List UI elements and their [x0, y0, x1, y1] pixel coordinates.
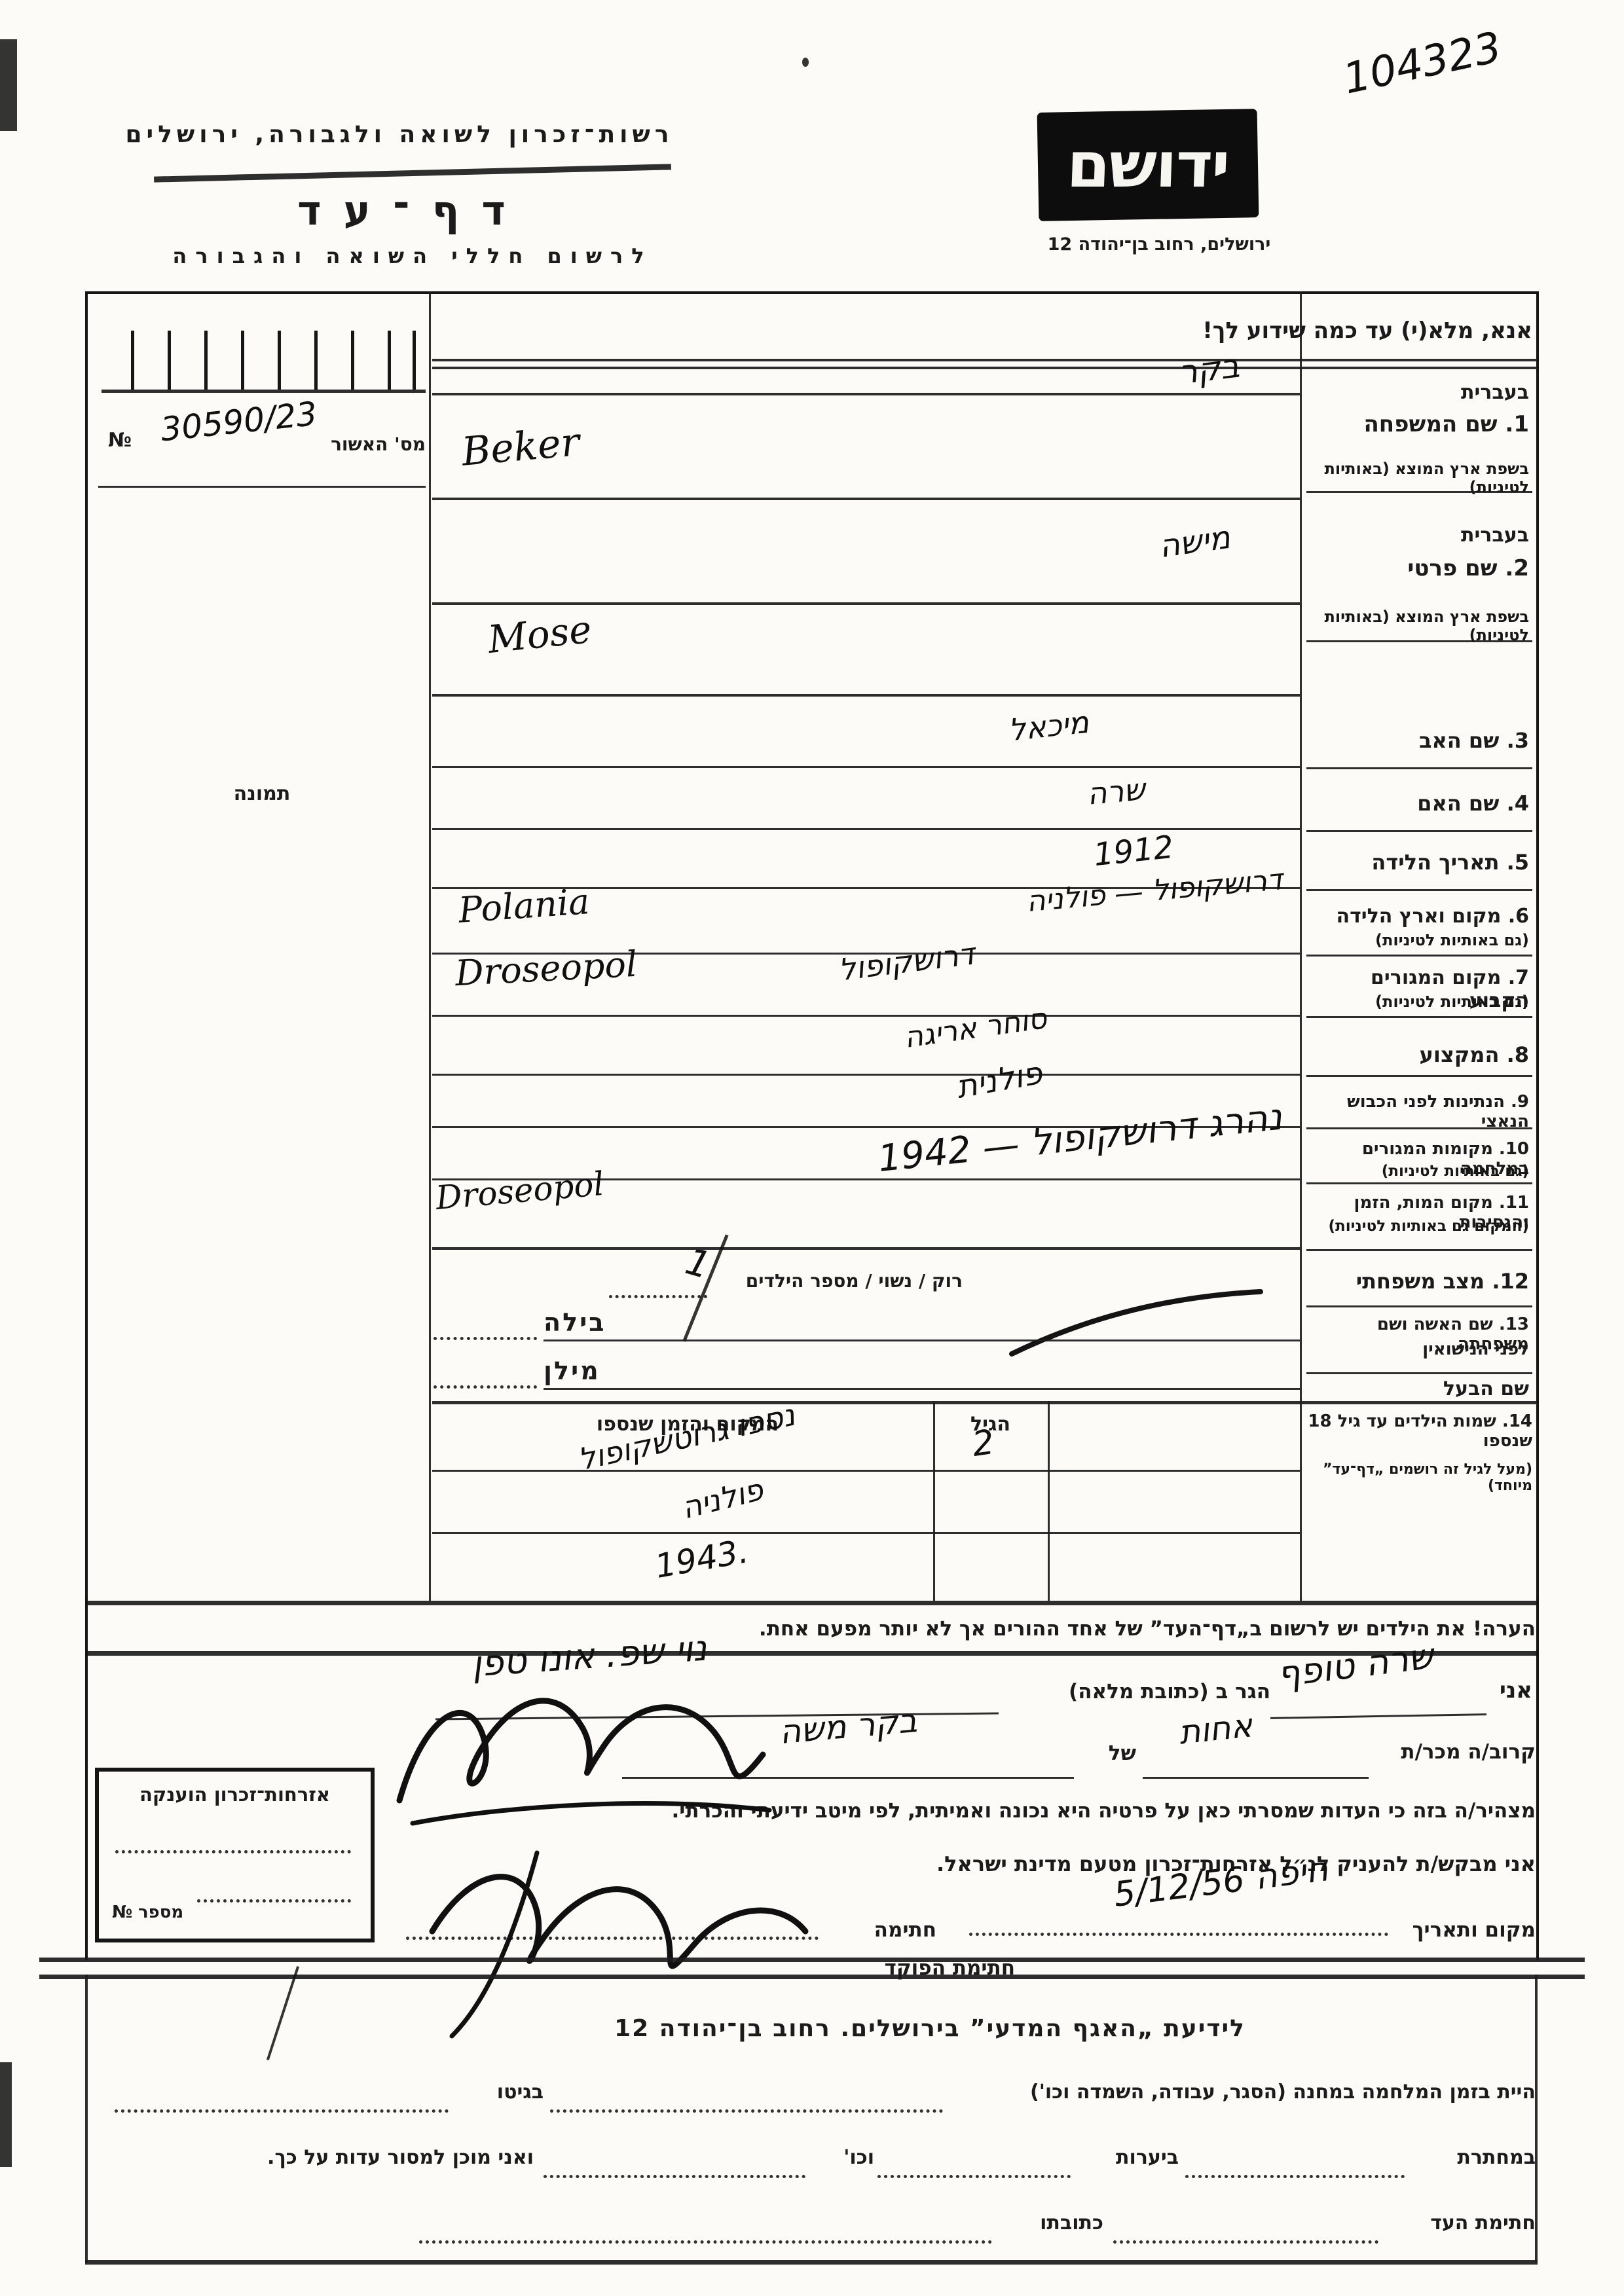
label-line: [1306, 955, 1532, 957]
field-note-6: (גם באותיות לטיניות): [1306, 931, 1529, 949]
field-label-8: 8. המקצוע: [1306, 1042, 1529, 1067]
scientific-division-title: לידיעת „האגף המדעי” בירושלים. רחוב בן־יה…: [419, 2015, 1441, 2042]
field-label-14: 14. שמות הילדים עד גיל 18 שנספו: [1306, 1412, 1532, 1451]
authority-name: רשות־זכרון לשואה ולגבורה, ירושלים: [118, 121, 681, 148]
children-table-col-line-1: [933, 1401, 935, 1601]
label-line: [1306, 1372, 1532, 1374]
stray-pen-stroke: [267, 1966, 299, 2060]
answer-line-family-latin: [432, 498, 1300, 500]
answer-wife-name: בילה: [544, 1308, 606, 1337]
fill-in-prompt: אנא, מלא(י) עד כמה שידוע לך!: [1087, 318, 1532, 344]
label-line: [1306, 1305, 1532, 1307]
field-label-2: 2. שם פרטי: [1306, 555, 1529, 581]
prompt-divider-1: [432, 359, 1538, 361]
field-label-4: 4. שם האם: [1306, 791, 1529, 816]
witness-signature-dotted: [1113, 2240, 1378, 2244]
office-address: ירושלים, רחוב בן־יהודה 12: [1022, 234, 1297, 255]
answer-family-hebrew: בקר: [1177, 347, 1242, 392]
children-table-col-line-2: [1048, 1401, 1050, 1601]
submitter-signature: [386, 1650, 779, 1840]
children-note: הערה! את הילדים יש לרשום ב„דף־העד” של אח…: [262, 1617, 1536, 1641]
scan-edge-artifact: [0, 39, 17, 131]
numero-symbol: №: [108, 429, 132, 452]
resides-label: הגר ב (כתובת מלאה): [1008, 1680, 1270, 1704]
label-line: [1306, 1249, 1532, 1251]
form-subtitle: לרשום חללי השואה והגבורה: [164, 244, 661, 268]
husband-line: [544, 1388, 1300, 1390]
note-top-rule: [88, 1601, 1536, 1605]
answer-mother-name: שרה: [1086, 771, 1147, 812]
field-label-6: 6. מקום וארץ הלידה: [1306, 905, 1529, 928]
bottom-box-left: [85, 1975, 88, 2263]
citizenship-granted-box: אזרחות־זכרון הוענקה מספר №: [95, 1768, 375, 1942]
field-label-3: 3. שם האב: [1306, 728, 1529, 753]
label-line: [1306, 1127, 1532, 1129]
husband-dotted-line: [434, 1385, 537, 1389]
ready-to-testify: ואני מוכן למסור עדות על כך.: [115, 2146, 534, 2169]
photo-label: תמונה: [164, 782, 360, 805]
camps-question: היית בזמן המלחמה במחנה (הסגר, עבודה, השמ…: [956, 2081, 1536, 2104]
children-row-line-2: [432, 1532, 1300, 1534]
answer-line-death: [432, 1247, 1300, 1250]
form-title: דף־עד: [216, 187, 609, 234]
section-separator-1: [39, 1958, 1585, 1962]
answer-line-family-he: [432, 393, 1300, 395]
declaration-i-label: אני: [1493, 1677, 1532, 1704]
ghetto-label: בגיטו: [458, 2081, 544, 2104]
approval-number-label: מס' האשור: [321, 433, 426, 455]
granted-box-number-label: מספר: [138, 1903, 183, 1922]
answer-line-profession: [432, 1074, 1300, 1076]
field-note-11: (המקום גם באותיות לטיניות): [1306, 1218, 1529, 1235]
field-note-10: (גם באותיות לטיניות): [1306, 1163, 1529, 1180]
witness-address-label: כתובתו: [1002, 2212, 1103, 2234]
label-line: [1306, 1182, 1532, 1184]
ticks-baseline: [101, 390, 426, 393]
pen-flourish: [1008, 1288, 1264, 1360]
answer-line-residence: [432, 1015, 1300, 1017]
field-label-9: 9. הנתינות לפני הכבוש הנאצי: [1306, 1092, 1529, 1131]
ghetto-dotted: [115, 2109, 449, 2113]
field-label-1: 1. שם המשפחה: [1306, 411, 1529, 437]
label-line: [1306, 767, 1532, 769]
label-line: [1306, 491, 1532, 493]
etc-label: וכו': [815, 2146, 874, 2169]
forests-label: ביערות: [1080, 2146, 1179, 2169]
label-line: [1306, 640, 1532, 642]
answer-line-first-latin: [432, 694, 1300, 697]
field-label-hebrew-1: בעברית: [1306, 381, 1529, 404]
wife-line: [544, 1339, 1300, 1341]
relation-handwritten: אחות: [1177, 1706, 1254, 1751]
prompt-divider-2: [432, 367, 1538, 369]
place-date-label: מקום ותאריך: [1395, 1918, 1536, 1942]
answer-husband-line: מילן: [544, 1357, 600, 1385]
place-date-dotted: [969, 1933, 1388, 1936]
field-note-2: בשפת ארץ המוצא (באותיות לטיניות): [1306, 608, 1529, 644]
field-label-12: 12. מצב משפחתי: [1306, 1269, 1529, 1294]
wife-dotted-line: [434, 1337, 537, 1340]
answer-line-father: [432, 766, 1300, 768]
of-label: של: [1084, 1741, 1136, 1765]
left-column-divider: [429, 291, 431, 1601]
children-row-line-1: [432, 1470, 1300, 1472]
label-line: [1306, 889, 1532, 891]
granted-box-number-line: [197, 1899, 351, 1903]
label-column-divider: [1300, 291, 1302, 1601]
official-signature: [413, 1827, 819, 2043]
bottom-box-bottom: [85, 2260, 1538, 2265]
relation-underline: [1143, 1777, 1369, 1779]
marital-options: רוק / נשוי / מספר הילדים: [714, 1270, 963, 1292]
field-label-13b: לפני הנישואין: [1306, 1339, 1529, 1359]
camps-dotted: [550, 2109, 943, 2113]
etc-dotted: [544, 2175, 805, 2178]
section-separator-2: [39, 1975, 1585, 1979]
witness-address-dotted: [419, 2240, 992, 2244]
signature-label: חתימה: [845, 1918, 936, 1942]
scan-edge-artifact: [0, 2062, 12, 2167]
field-label-hebrew-2: בעברית: [1306, 524, 1529, 547]
archive-number-handwritten: 104323: [1339, 23, 1505, 103]
granted-box-line: [115, 1850, 351, 1853]
field-note-14: (מעל לגיל זה רושמים „דף־עד” מיוחד): [1306, 1461, 1532, 1494]
underground-dotted: [1185, 2175, 1405, 2178]
children-table-top: [432, 1401, 1538, 1404]
forests-dotted: [877, 2175, 1071, 2178]
marital-dotted-line: [609, 1295, 707, 1298]
yad-vashem-logo: ידושם: [1039, 111, 1257, 219]
answer-line-first-he: [432, 602, 1300, 605]
label-line: [1306, 1016, 1532, 1018]
granted-box-title: אזרחות־זכרון הוענקה: [99, 1783, 371, 1806]
approval-underline: [98, 486, 426, 488]
testimony-page-scan: 104323 רשות־זכרון לשואה ולגבורה, ירושלים…: [0, 0, 1624, 2296]
underground-label: במחתרת: [1414, 2146, 1536, 2169]
witness-signature-label: חתימת העד: [1388, 2212, 1536, 2234]
scan-edge-artifact: [802, 58, 809, 67]
field-label-5: 5. תאריך הלידה: [1306, 850, 1529, 875]
field-note-7: (גם באותיות לטיניות): [1306, 993, 1529, 1011]
label-line: [1306, 830, 1532, 832]
granted-box-numero: №: [112, 1903, 132, 1922]
relative-label: קרוב/ה מכר/ת: [1375, 1740, 1536, 1764]
logo-text: ידושם: [1065, 128, 1230, 202]
label-line: [1306, 1075, 1532, 1077]
husband-name-label: שם הבעל: [1306, 1377, 1529, 1400]
header-underline: [154, 164, 671, 182]
